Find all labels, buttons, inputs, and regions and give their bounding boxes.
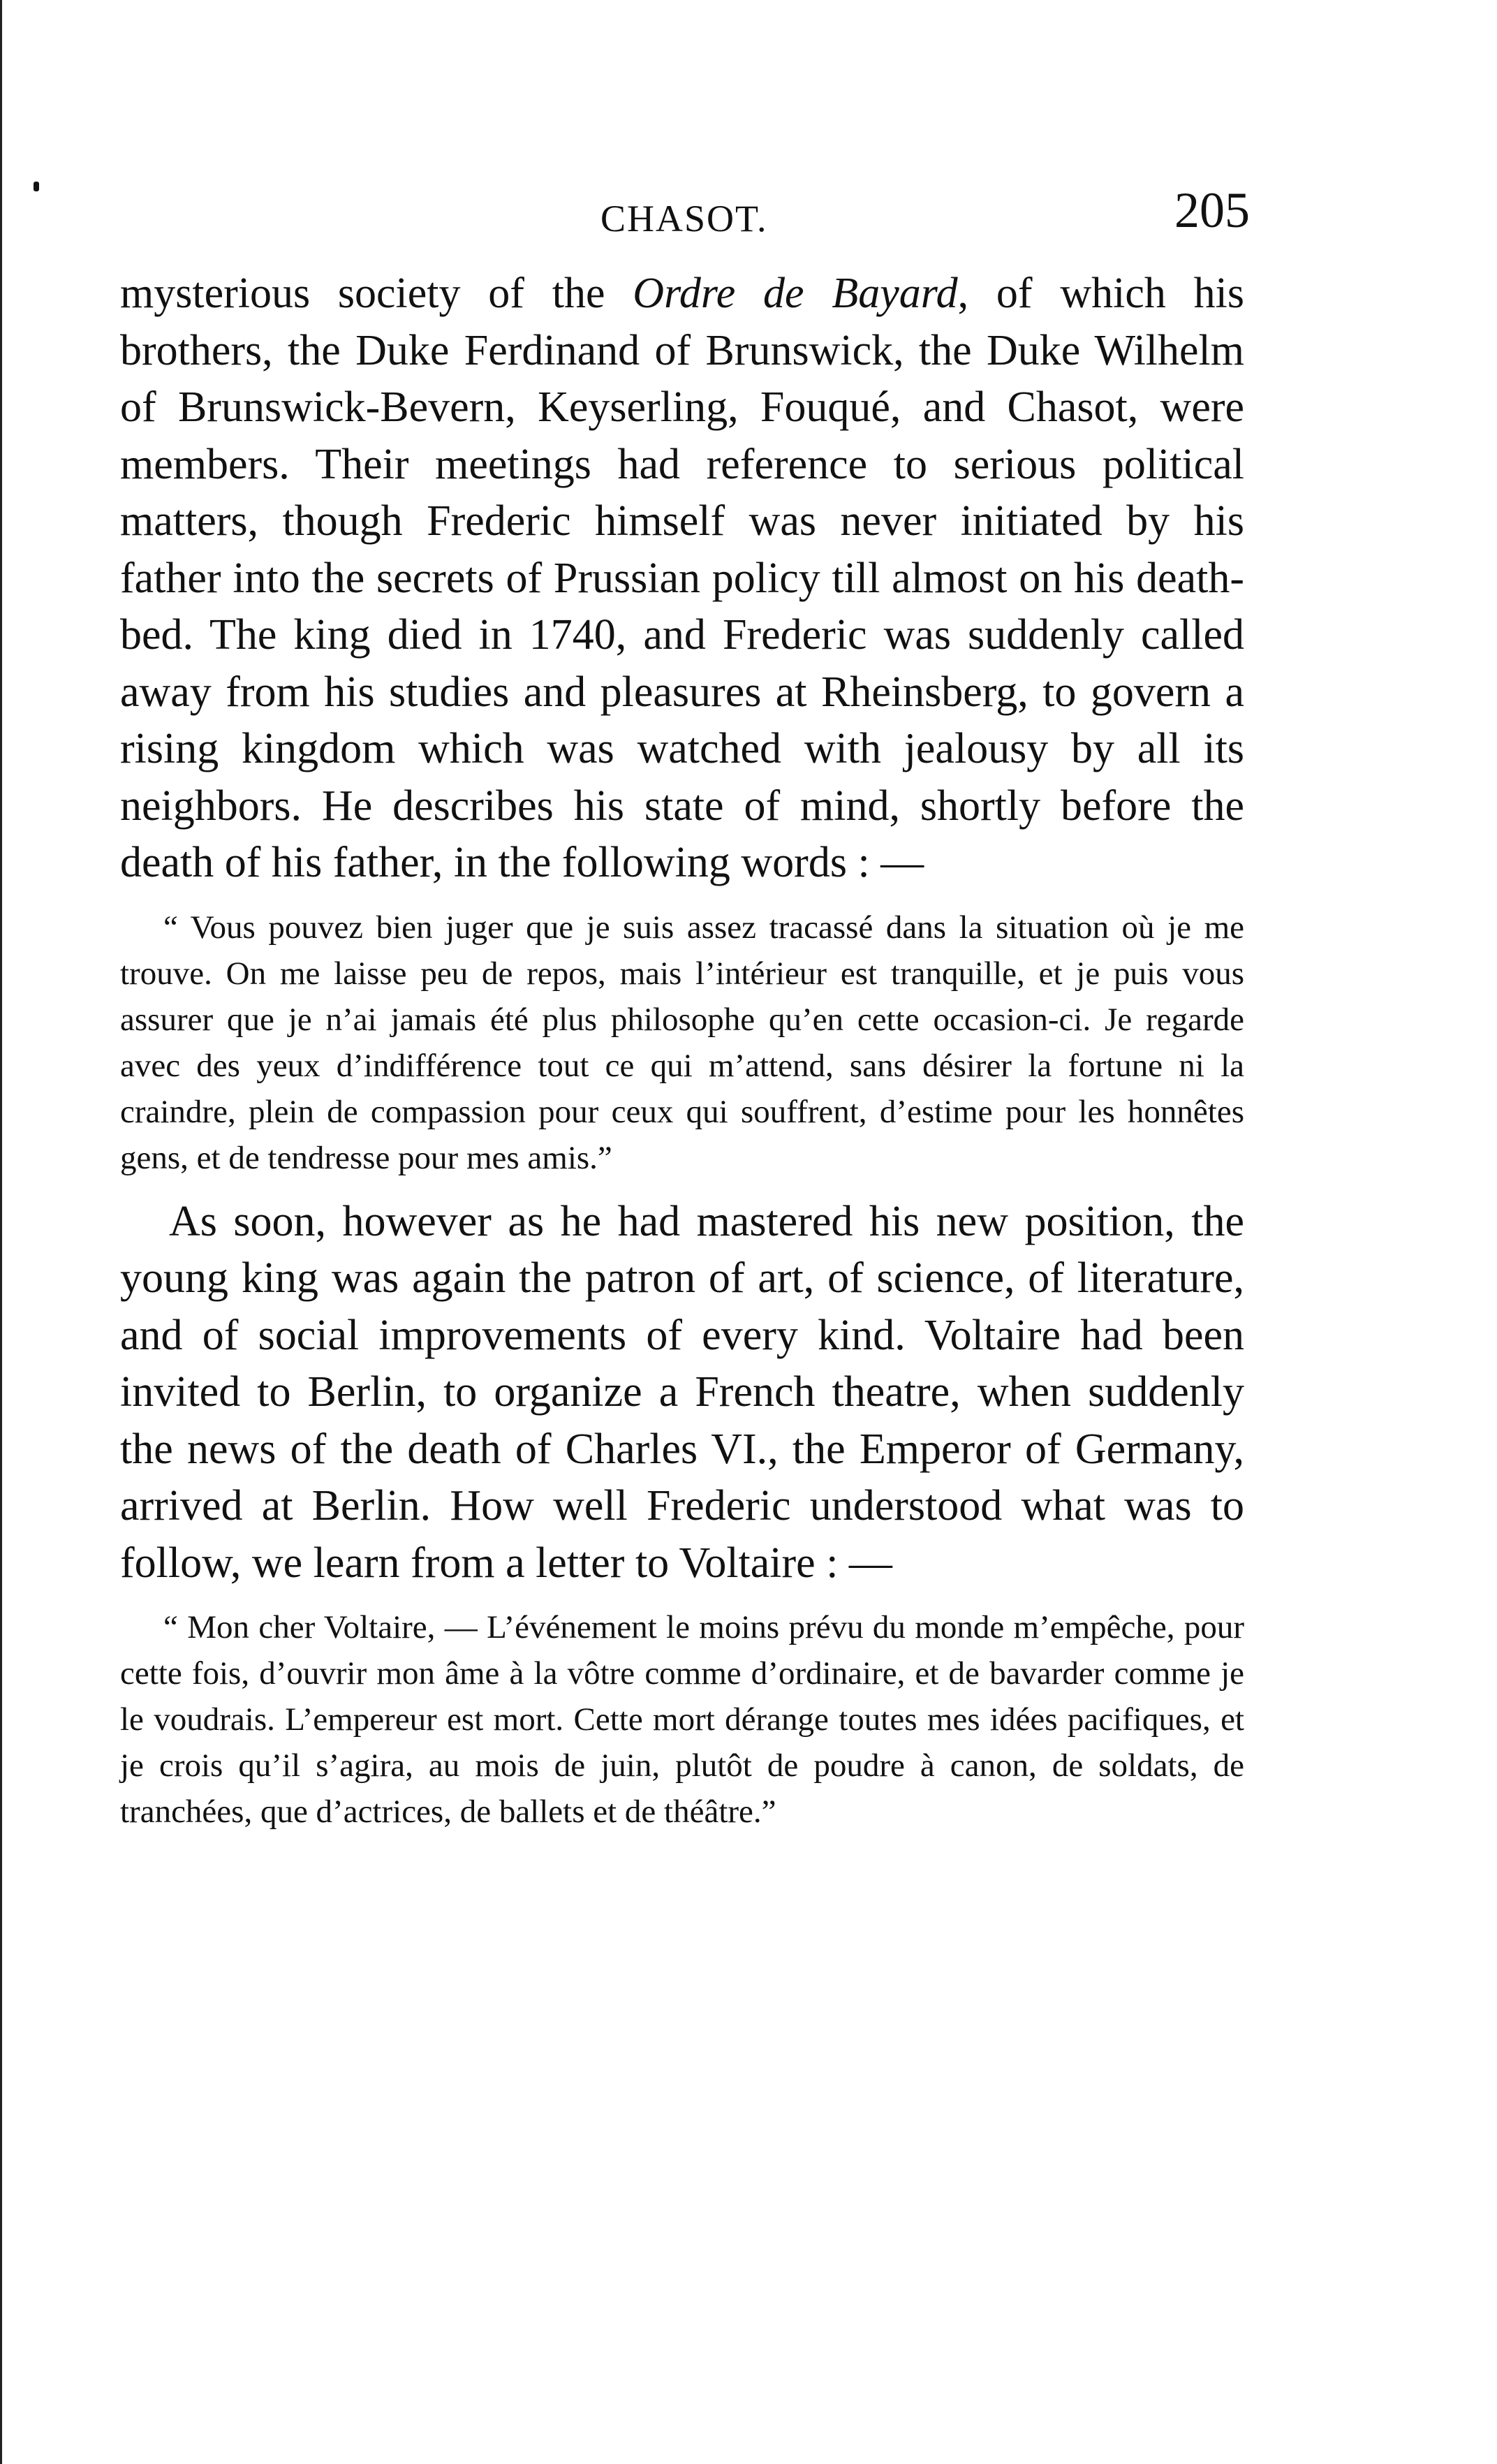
paragraph-text: mysterious society of the xyxy=(120,270,633,317)
paragraph-1: mysterious society of the Ordre de Bayar… xyxy=(120,265,1244,892)
paragraph-text: , of which his brothers, the Duke Ferdin… xyxy=(120,270,1244,886)
block-quote-1: “ Vous pouvez bien juger que je suis ass… xyxy=(120,904,1244,1181)
quote-text: “ Mon cher Voltaire, — L’événement le mo… xyxy=(120,1604,1244,1835)
running-title: CHASOT. xyxy=(600,197,768,240)
italic-title: Ordre de Bayard xyxy=(633,270,957,317)
quote-text: “ Vous pouvez bien juger que je suis ass… xyxy=(120,904,1244,1181)
paragraph-2: As soon, however as he had mastered his … xyxy=(120,1194,1244,1592)
scan-mark xyxy=(34,182,39,191)
page-header: CHASOT. 205 xyxy=(119,175,1250,237)
block-quote-2: “ Mon cher Voltaire, — L’événement le mo… xyxy=(120,1604,1244,1835)
page-body: mysterious society of the Ordre de Bayar… xyxy=(120,265,1244,1847)
page-edge xyxy=(0,0,2,2464)
page-number: 205 xyxy=(1174,182,1250,240)
